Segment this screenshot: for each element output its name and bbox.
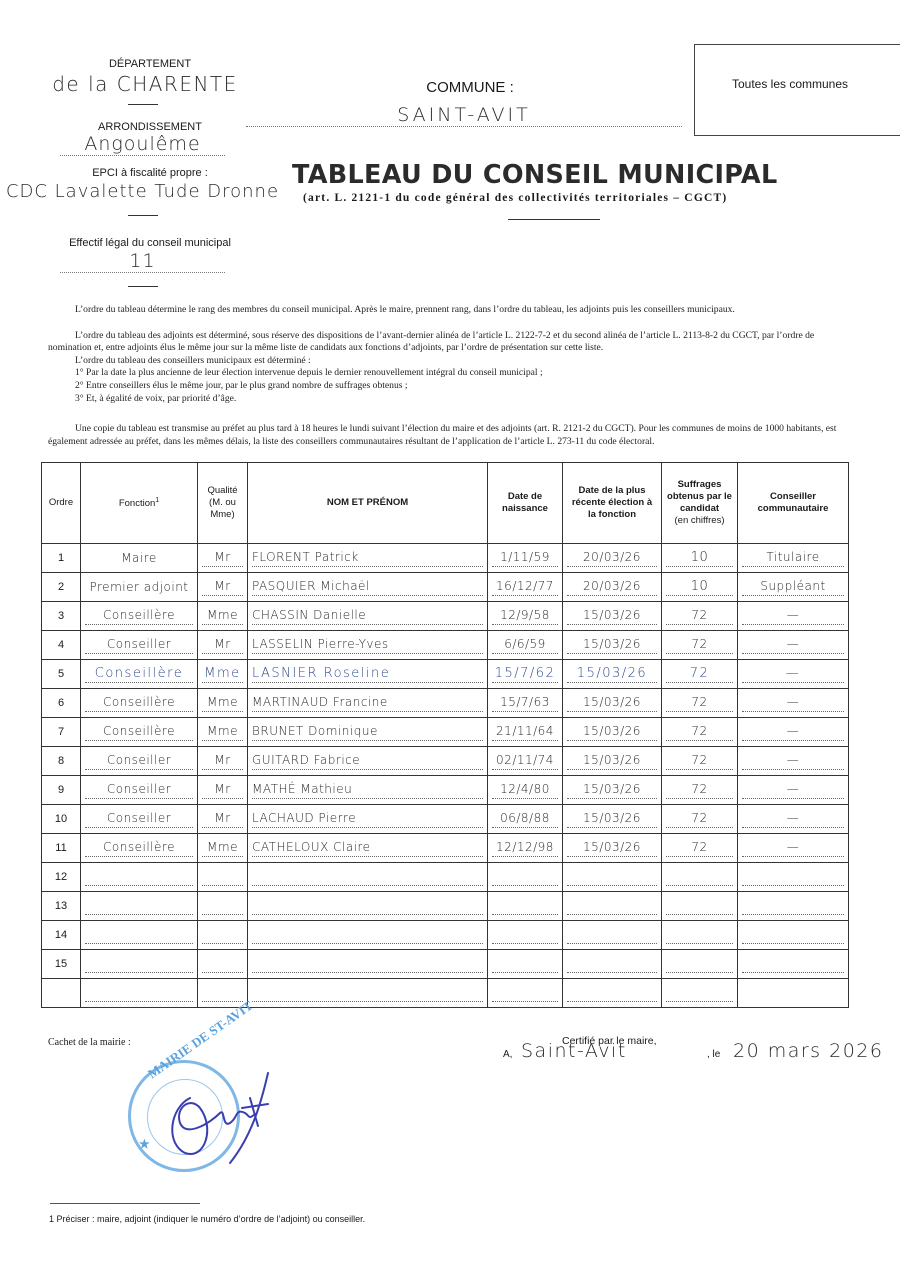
table-row: 2Premier adjointMrPASQUIER Michaël16/12/… (42, 573, 849, 602)
cell-value: 15/7/62 (495, 666, 556, 681)
cell-value: — (787, 608, 800, 622)
council-table: Ordre Fonction1 Qualité(M. ou Mme) NOM E… (41, 462, 849, 1008)
cell-value: Mme (204, 666, 240, 681)
cell-value: 72 (691, 724, 707, 738)
cell-value: — (787, 695, 800, 709)
table-row: 1MaireMrFLORENT Patrick1/11/5920/03/2610… (42, 544, 849, 573)
cell-election[interactable]: 20/03/26 (563, 544, 662, 573)
cell-election[interactable]: 15/03/26 (563, 660, 662, 689)
cell-value: — (787, 782, 800, 796)
cell-value: 72 (691, 840, 707, 854)
col-header-fonction: Fonction1 (81, 463, 198, 544)
table-row: 14 (42, 921, 849, 950)
table-row: 7ConseillèreMmeBRUNET Dominique21/11/641… (42, 718, 849, 747)
table-row: 6ConseillèreMmeMARTINAUD Francine15/7/63… (42, 689, 849, 718)
cell-nom[interactable]: BRUNET Dominique (248, 718, 488, 747)
cell-nom[interactable]: LASSELIN Pierre-Yves (248, 631, 488, 660)
cell-value: Suppléant (760, 579, 825, 593)
lieu-value: Saint-Avit (521, 1040, 627, 1062)
cell-communautaire[interactable]: — (738, 747, 849, 776)
cell-fonction[interactable] (81, 892, 198, 921)
cell-suffrages[interactable]: 72 (662, 718, 738, 747)
cell-value: — (787, 637, 800, 651)
cell-value: 15/03/26 (577, 666, 647, 681)
cell-communautaire[interactable]: Suppléant (738, 573, 849, 602)
cell-value: 15/03/26 (583, 840, 641, 854)
cell-fonction[interactable]: Conseillère (81, 660, 198, 689)
cell-nom[interactable]: LACHAUD Pierre (248, 805, 488, 834)
cell-value: CATHELOUX Claire (252, 840, 371, 854)
cell-communautaire[interactable]: — (738, 631, 849, 660)
effectif-value: 11 (60, 250, 225, 273)
cell-value: 72 (691, 782, 707, 796)
cell-suffrages[interactable]: 10 (662, 544, 738, 573)
cell-value: 72 (691, 811, 707, 825)
cell-value: Conseillère (103, 608, 175, 622)
cell-ordre: 7 (42, 718, 81, 747)
cell-suffrages[interactable]: 10 (662, 573, 738, 602)
cell-election[interactable] (563, 863, 662, 892)
cell-qualite[interactable]: Mr (198, 747, 248, 776)
cell-fonction[interactable]: Maire (81, 544, 198, 573)
cell-nom[interactable] (248, 921, 488, 950)
cell-election[interactable] (563, 921, 662, 950)
cell-value: 6/6/59 (504, 637, 546, 651)
cell-ordre: 13 (42, 892, 81, 921)
date-value: 20 mars 2026 (733, 1040, 883, 1062)
cell-value: 12/9/58 (500, 608, 550, 622)
cell-fonction[interactable] (81, 950, 198, 979)
cell-fonction[interactable]: Conseiller (81, 631, 198, 660)
cell-value: 02/11/74 (496, 753, 554, 767)
cell-value: LASSELIN Pierre-Yves (252, 637, 389, 651)
cell-naissance[interactable]: 02/11/74 (488, 747, 563, 776)
cell-value: Conseillère (95, 666, 183, 681)
cell-value: 15/03/26 (583, 637, 641, 651)
cell-value: Mme (207, 724, 238, 738)
cell-election[interactable]: 15/03/26 (563, 747, 662, 776)
cell-qualite[interactable]: Mme (198, 834, 248, 863)
cell-naissance[interactable]: 12/9/58 (488, 602, 563, 631)
epci-label: EPCI à fiscalité propre : (0, 167, 300, 179)
cell-suffrages[interactable] (662, 863, 738, 892)
cell-suffrages[interactable]: 72 (662, 776, 738, 805)
cell-suffrages[interactable]: 72 (662, 689, 738, 718)
cell-qualite[interactable] (198, 892, 248, 921)
commune-label: COMMUNE : (380, 79, 560, 96)
cell-naissance[interactable] (488, 863, 563, 892)
cell-ordre: 14 (42, 921, 81, 950)
cell-qualite[interactable]: Mr (198, 573, 248, 602)
cell-value: 16/12/77 (496, 579, 554, 593)
cell-suffrages[interactable]: 72 (662, 660, 738, 689)
cell-qualite[interactable] (198, 863, 248, 892)
cell-nom[interactable]: LASNIER Roseline (248, 660, 488, 689)
cell-naissance[interactable]: 6/6/59 (488, 631, 563, 660)
cell-nom[interactable] (248, 979, 488, 1008)
col-header-suffrages: Suffrages obtenus par le candidat(en chi… (662, 463, 738, 544)
cell-value: Conseiller (107, 782, 171, 796)
cell-value: Conseiller (107, 753, 171, 767)
cell-suffrages[interactable] (662, 950, 738, 979)
cell-value: 72 (691, 695, 707, 709)
cell-value: Mme (207, 695, 238, 709)
cell-suffrages[interactable] (662, 892, 738, 921)
cell-qualite[interactable] (198, 950, 248, 979)
cell-value: Titulaire (766, 550, 819, 564)
cell-ordre: 4 (42, 631, 81, 660)
cell-value: Conseiller (107, 637, 171, 651)
table-row: 12 (42, 863, 849, 892)
cell-value: 15/03/26 (583, 608, 641, 622)
page-subtitle: (art. L. 2121-1 du code général des coll… (303, 192, 863, 204)
cell-fonction[interactable] (81, 921, 198, 950)
cell-value: 20/03/26 (583, 579, 641, 593)
cell-election[interactable] (563, 979, 662, 1008)
cell-nom[interactable]: MATHÉ Mathieu (248, 776, 488, 805)
cell-value: 72 (691, 753, 707, 767)
cell-communautaire[interactable] (738, 863, 849, 892)
cachet-label: Cachet de la mairie : (48, 1037, 131, 1048)
cell-value: FLORENT Patrick (252, 550, 359, 564)
cell-naissance[interactable] (488, 950, 563, 979)
cell-qualite[interactable]: Mme (198, 660, 248, 689)
commune-category-box: Toutes les communes (694, 44, 900, 136)
cell-naissance[interactable]: 16/12/77 (488, 573, 563, 602)
cell-communautaire[interactable]: — (738, 689, 849, 718)
cell-naissance[interactable]: 12/4/80 (488, 776, 563, 805)
cell-election[interactable]: 15/03/26 (563, 834, 662, 863)
cell-ordre: 5 (42, 660, 81, 689)
cell-qualite[interactable]: Mme (198, 689, 248, 718)
cell-value: — (787, 840, 800, 854)
cell-suffrages[interactable]: 72 (662, 747, 738, 776)
cell-naissance[interactable] (488, 892, 563, 921)
cell-value: PASQUIER Michaël (252, 579, 370, 593)
date-prefix: , le (707, 1049, 720, 1060)
intro-paragraph: 2° Entre conseillers élus le même jour, … (48, 380, 854, 393)
cell-value: MARTINAUD Francine (252, 695, 388, 709)
cell-value: 15/7/63 (500, 695, 550, 709)
intro-paragraph: 3° Et, à égalité de voix, par priorité d… (48, 393, 854, 406)
cell-election[interactable]: 20/03/26 (563, 573, 662, 602)
cell-value: 10 (691, 550, 709, 565)
cell-value: 15/03/26 (583, 695, 641, 709)
cell-election[interactable] (563, 950, 662, 979)
cell-value: GUITARD Fabrice (252, 753, 360, 767)
divider (128, 286, 158, 287)
cell-election[interactable]: 15/03/26 (563, 631, 662, 660)
cell-election[interactable]: 15/03/26 (563, 805, 662, 834)
cell-fonction[interactable]: Conseillère (81, 834, 198, 863)
cell-ordre: 10 (42, 805, 81, 834)
cell-value: — (787, 753, 800, 767)
cell-value: — (787, 724, 800, 738)
table-row: 10ConseillerMrLACHAUD Pierre06/8/8815/03… (42, 805, 849, 834)
commune-category-text: Toutes les communes (695, 77, 885, 91)
cell-election[interactable]: 15/03/26 (563, 689, 662, 718)
cell-value: 15/03/26 (583, 782, 641, 796)
mayor-signature (150, 1068, 280, 1168)
cell-value: Mr (214, 579, 230, 593)
cell-value: BRUNET Dominique (252, 724, 378, 738)
cell-suffrages[interactable]: 72 (662, 631, 738, 660)
intro-paragraph: L’ordre du tableau des conseillers munic… (48, 355, 854, 368)
cell-naissance[interactable] (488, 979, 563, 1008)
cell-ordre: 9 (42, 776, 81, 805)
table-row: 5ConseillèreMmeLASNIER Roseline15/7/6215… (42, 660, 849, 689)
cell-value: 72 (690, 666, 710, 681)
cell-value: 10 (691, 579, 709, 594)
col-header-communautaire: Conseiller communautaire (738, 463, 849, 544)
cell-ordre: 8 (42, 747, 81, 776)
table-row: 9ConseillerMrMATHÉ Mathieu12/4/8015/03/2… (42, 776, 849, 805)
commune-value: SAINT-AVIT (246, 104, 682, 127)
cell-value: MATHÉ Mathieu (252, 782, 352, 796)
cell-fonction[interactable]: Conseillère (81, 689, 198, 718)
cell-value: Premier adjoint (89, 580, 188, 594)
cell-nom[interactable] (248, 863, 488, 892)
cell-communautaire[interactable]: Titulaire (738, 544, 849, 573)
cell-fonction[interactable] (81, 863, 198, 892)
cell-naissance[interactable]: 1/11/59 (488, 544, 563, 573)
col-header-naissance: Date de naissance (488, 463, 563, 544)
cell-value: 72 (691, 637, 707, 651)
cell-fonction[interactable]: Conseillère (81, 602, 198, 631)
cell-qualite[interactable]: Mr (198, 631, 248, 660)
cell-qualite[interactable]: Mr (198, 544, 248, 573)
cell-value: 21/11/64 (496, 724, 554, 738)
cell-value: Conseillère (103, 724, 175, 738)
lieu-prefix: A, (503, 1049, 512, 1060)
cell-value: 06/8/88 (500, 811, 550, 825)
cell-value: Mme (207, 608, 238, 622)
table-row: 3ConseillèreMmeCHASSIN Danielle12/9/5815… (42, 602, 849, 631)
table-header-row: Ordre Fonction1 Qualité(M. ou Mme) NOM E… (42, 463, 849, 544)
col-header-nom: NOM ET PRÉNOM (248, 463, 488, 544)
cell-value: CHASSIN Danielle (252, 608, 366, 622)
arrondissement-value: Angoulême (60, 133, 225, 156)
footnote-divider (50, 1203, 200, 1204)
cell-value: Conseiller (107, 811, 171, 825)
cell-nom[interactable]: MARTINAUD Francine (248, 689, 488, 718)
table-row: 11ConseillèreMmeCATHELOUX Claire12/12/98… (42, 834, 849, 863)
table-row: 4ConseillerMrLASSELIN Pierre-Yves6/6/591… (42, 631, 849, 660)
star-icon: ★ (139, 1137, 150, 1152)
departement-value: de la CHARENTE (40, 72, 250, 96)
page-title: TABLEAU DU CONSEIL MUNICIPAL (292, 160, 852, 190)
cell-naissance[interactable]: 15/7/63 (488, 689, 563, 718)
cell-ordre: 1 (42, 544, 81, 573)
divider (128, 215, 158, 216)
cell-fonction[interactable]: Conseiller (81, 747, 198, 776)
col-header-election: Date de la plus récente élection à la fo… (563, 463, 662, 544)
table-row: 15 (42, 950, 849, 979)
col-header-ordre: Ordre (42, 463, 81, 544)
cell-qualite[interactable] (198, 921, 248, 950)
cell-communautaire[interactable] (738, 921, 849, 950)
cell-nom[interactable] (248, 892, 488, 921)
cell-value: Mr (214, 637, 230, 651)
intro-paragraph: 1° Par la date la plus ancienne de leur … (48, 367, 854, 380)
cell-suffrages[interactable] (662, 979, 738, 1008)
cell-value: Mr (214, 753, 230, 767)
effectif-label: Effectif légal du conseil municipal (0, 237, 300, 249)
cell-nom[interactable]: FLORENT Patrick (248, 544, 488, 573)
cell-ordre: 12 (42, 863, 81, 892)
cell-value: 1/11/59 (500, 550, 550, 564)
cell-naissance[interactable]: 15/7/62 (488, 660, 563, 689)
cell-nom[interactable]: CATHELOUX Claire (248, 834, 488, 863)
cell-communautaire[interactable]: — (738, 718, 849, 747)
cell-communautaire[interactable]: — (738, 660, 849, 689)
table-row (42, 979, 849, 1008)
cell-nom[interactable]: GUITARD Fabrice (248, 747, 488, 776)
cell-ordre: 2 (42, 573, 81, 602)
cell-value: Maire (121, 551, 157, 565)
intro-paragraph: L’ordre du tableau détermine le rang des… (48, 304, 854, 317)
cell-fonction[interactable]: Conseiller (81, 805, 198, 834)
cell-qualite[interactable]: Mme (198, 602, 248, 631)
cell-qualite[interactable]: Mme (198, 718, 248, 747)
cell-fonction[interactable] (81, 979, 198, 1008)
intro-text: L’ordre du tableau détermine le rang des… (48, 304, 854, 448)
cell-naissance[interactable]: 12/12/98 (488, 834, 563, 863)
cell-ordre: 11 (42, 834, 81, 863)
cell-fonction[interactable]: Premier adjoint (81, 573, 198, 602)
cell-value: Mr (214, 550, 230, 564)
cell-suffrages[interactable]: 72 (662, 805, 738, 834)
cell-election[interactable]: 15/03/26 (563, 776, 662, 805)
cell-value: — (787, 811, 800, 825)
cell-nom[interactable]: CHASSIN Danielle (248, 602, 488, 631)
cell-suffrages[interactable] (662, 921, 738, 950)
cell-value: Mme (207, 840, 238, 854)
cell-value: 15/03/26 (583, 811, 641, 825)
cell-value: Mr (214, 811, 230, 825)
cell-nom[interactable]: PASQUIER Michaël (248, 573, 488, 602)
cell-suffrages[interactable]: 72 (662, 834, 738, 863)
cell-value: 12/4/80 (500, 782, 550, 796)
cell-value: 20/03/26 (583, 550, 641, 564)
departement-label: DÉPARTEMENT (0, 58, 300, 70)
cell-communautaire[interactable]: — (738, 602, 849, 631)
cell-value: 72 (691, 608, 707, 622)
cell-value: LACHAUD Pierre (252, 811, 356, 825)
cell-qualite[interactable]: Mr (198, 776, 248, 805)
cell-ordre: 6 (42, 689, 81, 718)
cell-ordre (42, 979, 81, 1008)
cell-fonction[interactable]: Conseiller (81, 776, 198, 805)
cell-value: 15/03/26 (583, 724, 641, 738)
cell-communautaire[interactable]: — (738, 805, 849, 834)
cell-value: Conseillère (103, 840, 175, 854)
cell-value: 15/03/26 (583, 753, 641, 767)
cell-ordre: 3 (42, 602, 81, 631)
cell-suffrages[interactable]: 72 (662, 602, 738, 631)
table-row: 8ConseillerMrGUITARD Fabrice02/11/7415/0… (42, 747, 849, 776)
cell-naissance[interactable]: 06/8/88 (488, 805, 563, 834)
table-row: 13 (42, 892, 849, 921)
divider (128, 104, 158, 105)
intro-paragraph: L’ordre du tableau des adjoints est déte… (48, 330, 854, 355)
intro-paragraph: Une copie du tableau est transmise au pr… (48, 423, 854, 448)
cell-communautaire[interactable] (738, 892, 849, 921)
col-header-qualite: Qualité(M. ou Mme) (198, 463, 248, 544)
divider (508, 219, 600, 220)
cell-nom[interactable] (248, 950, 488, 979)
cell-fonction[interactable]: Conseillère (81, 718, 198, 747)
cell-naissance[interactable]: 21/11/64 (488, 718, 563, 747)
cell-communautaire[interactable] (738, 950, 849, 979)
cell-communautaire[interactable]: — (738, 776, 849, 805)
footnote: 1 Préciser : maire, adjoint (indiquer le… (49, 1214, 365, 1224)
cell-communautaire[interactable]: — (738, 834, 849, 863)
cell-value: 12/12/98 (496, 840, 554, 854)
cell-ordre: 15 (42, 950, 81, 979)
cell-value: Conseillère (103, 695, 175, 709)
cell-election[interactable]: 15/03/26 (563, 718, 662, 747)
cell-qualite[interactable]: Mr (198, 805, 248, 834)
cell-naissance[interactable] (488, 921, 563, 950)
cell-election[interactable] (563, 892, 662, 921)
cell-communautaire[interactable] (738, 979, 849, 1008)
cell-value: — (786, 666, 801, 681)
epci-value: CDC Lavalette Tude Dronne (0, 180, 285, 204)
cell-value: Mr (214, 782, 230, 796)
cell-election[interactable]: 15/03/26 (563, 602, 662, 631)
cell-value: LASNIER Roseline (252, 666, 390, 681)
